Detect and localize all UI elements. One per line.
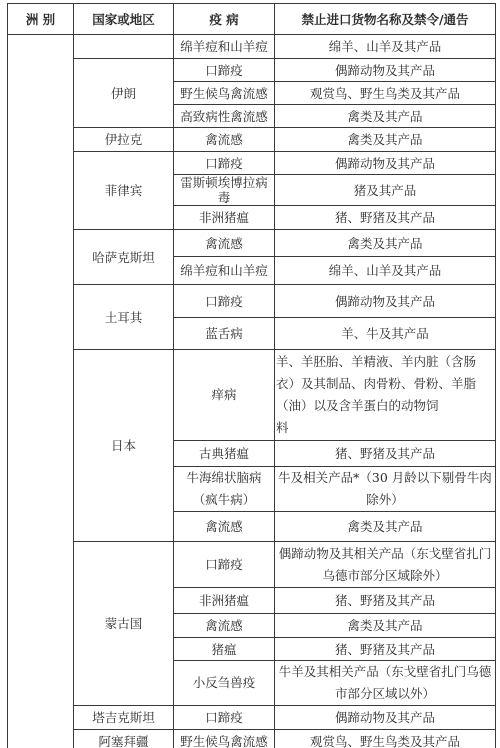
country-cell: 菲律宾 — [74, 152, 174, 230]
banned-goods-cell: 牛羊及其相关产品（东戈壁省扎门乌德市部分区域以外） — [275, 661, 496, 706]
disease-cell: 蓝舌病 — [174, 318, 275, 350]
disease-cell: 高致病性禽流感 — [174, 105, 275, 128]
banned-goods-cell: 偶蹄动物及其产品 — [275, 706, 496, 730]
disease-cell: 禽流感 — [174, 230, 275, 257]
banned-goods-cell: 禽类及其产品 — [275, 128, 496, 152]
banned-goods-cell: 牛及相关产品*（30 月龄以下剔骨牛肉除外） — [275, 467, 496, 512]
disease-cell: 口蹄疫 — [174, 706, 275, 730]
disease-cell: 痒病 — [174, 350, 275, 441]
table-row: 哈萨克斯坦禽流感禽类及其产品 — [8, 230, 496, 257]
banned-goods-cell: 绵羊、山羊及其产品 — [275, 257, 496, 285]
country-cell: 伊朗 — [74, 59, 174, 128]
header-row: 洲 别 国家或地区 疫 病 禁止进口货物名称及禁令/通告 — [8, 4, 496, 35]
country-cell: 阿塞拜疆 — [74, 730, 174, 748]
banned-goods-cell: 偶蹄动物及其相关产品（东戈壁省扎门乌德市部分区域除外） — [275, 542, 496, 588]
banned-goods-cell: 羊、羊胚胎、羊精液、羊内脏（含肠衣）及其制品、肉骨粉、骨粉、羊脂（油）以及含羊蛋… — [275, 350, 496, 441]
banned-goods-cell: 禽类及其产品 — [275, 512, 496, 542]
country-cell: 日本 — [74, 350, 174, 542]
disease-cell: 非洲猪瘟 — [174, 206, 275, 230]
disease-cell: 小反刍兽疫 — [174, 661, 275, 706]
banned-goods-cell: 禽类及其产品 — [275, 105, 496, 128]
table-row: 塔吉克斯坦口蹄疫偶蹄动物及其产品 — [8, 706, 496, 730]
disease-cell: 口蹄疫 — [174, 542, 275, 588]
table-row: 伊拉克禽流感禽类及其产品 — [8, 128, 496, 152]
banned-goods-cell: 猪及其产品 — [275, 175, 496, 206]
banned-goods-cell: 绵羊、山羊及其产品 — [275, 35, 496, 59]
disease-cell: 禽流感 — [174, 128, 275, 152]
country-cell: 蒙古国 — [74, 542, 174, 706]
banned-goods-cell: 猪、野猪及其产品 — [275, 441, 496, 467]
table-row: 土耳其口蹄疫偶蹄动物及其产品 — [8, 285, 496, 318]
continent-cell — [8, 35, 74, 748]
disease-cell: 猪瘟 — [174, 638, 275, 661]
disease-cell: 野生候鸟禽流感 — [174, 82, 275, 105]
banned-goods-cell: 禽类及其产品 — [275, 614, 496, 638]
banned-goods-cell: 观赏鸟、野生鸟类及其产品 — [275, 82, 496, 105]
disease-cell: 古典猪瘟 — [174, 441, 275, 467]
header-country: 国家或地区 — [74, 4, 174, 35]
disease-cell: 口蹄疫 — [174, 59, 275, 82]
banned-goods-cell: 禽类及其产品 — [275, 230, 496, 257]
banned-goods-cell: 猪、野猪及其产品 — [275, 588, 496, 614]
disease-cell: 口蹄疫 — [174, 285, 275, 318]
disease-cell: 非洲猪瘟 — [174, 588, 275, 614]
country-cell: 土耳其 — [74, 285, 174, 350]
table-body: 绵羊痘和山羊痘绵羊、山羊及其产品伊朗口蹄疫偶蹄动物及其产品野生候鸟禽流感观赏鸟、… — [8, 35, 496, 748]
disease-cell: 雷斯顿埃博拉病毒 — [174, 175, 275, 206]
disease-cell: 野生候鸟禽流感 — [174, 730, 275, 748]
disease-cell: 禽流感 — [174, 614, 275, 638]
disease-cell: 绵羊痘和山羊痘 — [174, 257, 275, 285]
banned-goods-cell: 偶蹄动物及其产品 — [275, 152, 496, 175]
table-row: 日本痒病羊、羊胚胎、羊精液、羊内脏（含肠衣）及其制品、肉骨粉、骨粉、羊脂（油）以… — [8, 350, 496, 441]
country-cell: 伊拉克 — [74, 128, 174, 152]
banned-goods-cell: 偶蹄动物及其产品 — [275, 59, 496, 82]
header-banned-goods: 禁止进口货物名称及禁令/通告 — [275, 4, 496, 35]
banned-goods-cell: 偶蹄动物及其产品 — [275, 285, 496, 318]
country-cell: 哈萨克斯坦 — [74, 230, 174, 285]
banned-goods-cell: 观赏鸟、野生鸟类及其产品 — [275, 730, 496, 748]
table-row: 绵羊痘和山羊痘绵羊、山羊及其产品 — [8, 35, 496, 59]
import-ban-table: 洲 别 国家或地区 疫 病 禁止进口货物名称及禁令/通告 绵羊痘和山羊痘绵羊、山… — [7, 3, 496, 748]
disease-cell: 口蹄疫 — [174, 152, 275, 175]
disease-cell: 绵羊痘和山羊痘 — [174, 35, 275, 59]
table-row: 蒙古国口蹄疫偶蹄动物及其相关产品（东戈壁省扎门乌德市部分区域除外） — [8, 542, 496, 588]
table-row: 阿塞拜疆野生候鸟禽流感观赏鸟、野生鸟类及其产品 — [8, 730, 496, 748]
country-cell: 塔吉克斯坦 — [74, 706, 174, 730]
header-continent: 洲 别 — [8, 4, 74, 35]
disease-cell: 牛海绵状脑病（疯牛病） — [174, 467, 275, 512]
header-disease: 疫 病 — [174, 4, 275, 35]
table-row: 菲律宾口蹄疫偶蹄动物及其产品 — [8, 152, 496, 175]
banned-goods-cell: 猪、野猪及其产品 — [275, 638, 496, 661]
table-row: 伊朗口蹄疫偶蹄动物及其产品 — [8, 59, 496, 82]
banned-goods-cell: 羊、牛及其产品 — [275, 318, 496, 350]
disease-cell: 禽流感 — [174, 512, 275, 542]
banned-goods-cell: 猪、野猪及其产品 — [275, 206, 496, 230]
country-cell — [74, 35, 174, 59]
